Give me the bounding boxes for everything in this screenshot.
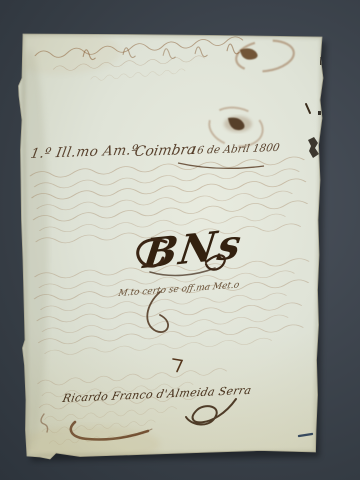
scanned-manuscript-photo: 1.º Ill.mo Am.º Coimbra 16 de Abril 1800…	[0, 0, 360, 480]
paper-corner-stain	[0, 30, 120, 74]
manuscript-scan: 1.º Ill.mo Am.º Coimbra 16 de Abril 1800…	[0, 0, 360, 480]
dateline-place: Coimbra	[133, 142, 197, 160]
paper-left-shading	[12, 50, 48, 450]
